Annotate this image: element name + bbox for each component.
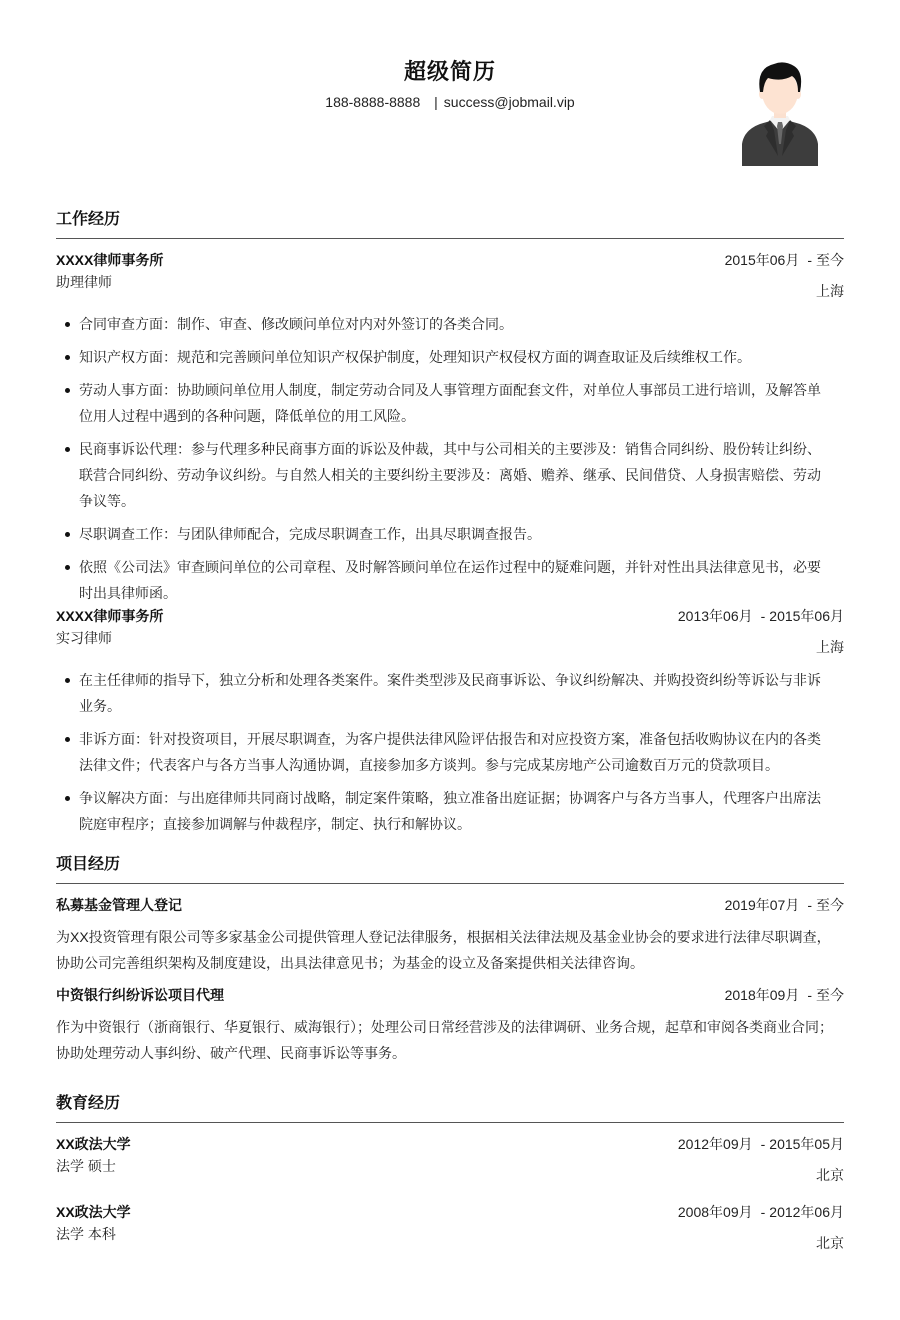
work-entry: XXXX律师事务所 2013年06月-2015年06月 实习律师 上海 在主任律…: [56, 605, 844, 837]
date-range: 2013年06月-2015年06月: [678, 605, 844, 627]
end-date: 至今: [816, 987, 844, 1003]
end-date: 2012年06月: [769, 1204, 844, 1220]
resume-header: 超级简历 188-8888-8888 |success@jobmail.vip: [0, 0, 900, 200]
list-item: 合同审查方面：制作、审查、修改顾问单位对内对外签订的各类合同。: [56, 311, 844, 337]
bullet-icon: [65, 322, 70, 327]
person-avatar-icon: [738, 58, 822, 168]
list-item: 非诉方面：针对投资项目，开展尽职调查，为客户提供法律风险评估报告和对应投资方案，…: [56, 726, 844, 778]
date-dash: -: [761, 1136, 766, 1152]
date-range: 2015年06月-至今: [725, 249, 844, 271]
list-item-text: 依照《公司法》审查顾问单位的公司章程、及时解答顾问单位在运作过程中的疑难问题，并…: [79, 559, 821, 601]
list-item: 在主任律师的指导下，独立分析和处理各类案件。案件类型涉及民商事诉讼、争议纠纷解决…: [56, 667, 844, 719]
section-divider: [56, 1122, 844, 1123]
end-date: 2015年06月: [769, 608, 844, 624]
location: 上海: [816, 636, 844, 658]
job-title: 助理律师: [56, 271, 112, 311]
school-name: XX政法大学: [56, 1201, 131, 1223]
date-dash: -: [761, 608, 766, 624]
list-item-text: 尽职调查工作：与团队律师配合，完成尽职调查工作，出具尽职调查报告。: [79, 526, 541, 542]
end-date: 至今: [816, 252, 844, 268]
phone-number: 188-8888-8888: [325, 94, 420, 110]
education-entry: XX政法大学 2008年09月-2012年06月 法学 本科 北京: [56, 1201, 844, 1263]
bullet-icon: [65, 796, 70, 801]
start-date: 2018年09月: [725, 987, 800, 1003]
date-dash: -: [807, 897, 812, 913]
project-entry: 中资银行纠纷诉讼项目代理 2018年09月-至今 作为中资银行（浙商银行、华夏银…: [56, 984, 844, 1066]
list-item: 争议解决方面：与出庭律师共同商讨战略，制定案件策略，独立准备出庭证据；协调客户与…: [56, 785, 844, 837]
project-name: 中资银行纠纷诉讼项目代理: [56, 984, 224, 1006]
date-range: 2018年09月-至今: [725, 984, 844, 1006]
date-dash: -: [807, 987, 812, 1003]
bullet-icon: [65, 532, 70, 537]
employer-name: XXXX律师事务所: [56, 605, 163, 627]
location: 上海: [816, 280, 844, 302]
project-description: 为XX投资管理有限公司等多家基金公司提供管理人登记法律服务，根据相关法律法规及基…: [56, 924, 844, 976]
list-item: 劳动人事方面：协助顾问单位用人制度，制定劳动合同及人事管理方面配套文件，对单位人…: [56, 377, 844, 429]
start-date: 2019年07月: [725, 897, 800, 913]
contact-separator: |: [434, 94, 438, 110]
section-title-projects: 项目经历: [56, 852, 844, 878]
project-description: 作为中资银行（浙商银行、华夏银行、威海银行）；处理公司日常经营涉及的法律调研、业…: [56, 1014, 844, 1066]
project-experience-section: 项目经历 私募基金管理人登记 2019年07月-至今 为XX投资管理有限公司等多…: [56, 852, 844, 1066]
list-item-text: 民商事诉讼代理：参与代理多种民商事方面的诉讼及仲裁，其中与公司相关的主要涉及：销…: [79, 441, 821, 509]
date-dash: -: [807, 252, 812, 268]
employer-name: XXXX律师事务所: [56, 249, 163, 271]
list-item: 民商事诉讼代理：参与代理多种民商事方面的诉讼及仲裁，其中与公司相关的主要涉及：销…: [56, 436, 844, 514]
date-dash: -: [761, 1204, 766, 1220]
location: 北京: [816, 1164, 844, 1186]
list-item-text: 在主任律师的指导下，独立分析和处理各类案件。案件类型涉及民商事诉讼、争议纠纷解决…: [79, 672, 821, 714]
date-range: 2008年09月-2012年06月: [678, 1201, 844, 1223]
degree: 法学 本科: [56, 1223, 116, 1263]
email-address: success@jobmail.vip: [444, 94, 575, 110]
bullet-icon: [65, 565, 70, 570]
date-range: 2012年09月-2015年05月: [678, 1133, 844, 1155]
list-item: 尽职调查工作：与团队律师配合，完成尽职调查工作，出具尽职调查报告。: [56, 521, 844, 547]
bullet-icon: [65, 388, 70, 393]
bullet-icon: [65, 447, 70, 452]
job-title: 实习律师: [56, 627, 112, 667]
bullet-icon: [65, 737, 70, 742]
degree: 法学 硕士: [56, 1155, 116, 1195]
list-item-text: 知识产权方面：规范和完善顾问单位知识产权保护制度，处理知识产权侵权方面的调查取证…: [79, 349, 751, 365]
section-divider: [56, 883, 844, 884]
education-entry: XX政法大学 2012年09月-2015年05月 法学 硕士 北京: [56, 1133, 844, 1195]
education-section: 教育经历 XX政法大学 2012年09月-2015年05月 法学 硕士 北京 X…: [56, 1091, 844, 1263]
list-item: 依照《公司法》审查顾问单位的公司章程、及时解答顾问单位在运作过程中的疑难问题，并…: [56, 554, 844, 606]
section-divider: [56, 238, 844, 239]
school-name: XX政法大学: [56, 1133, 131, 1155]
section-title-work: 工作经历: [56, 207, 844, 233]
list-item-text: 合同审查方面：制作、审查、修改顾问单位对内对外签订的各类合同。: [79, 316, 513, 332]
start-date: 2013年06月: [678, 608, 753, 624]
location: 北京: [816, 1232, 844, 1254]
date-range: 2019年07月-至今: [725, 894, 844, 916]
resume-page: 超级简历 188-8888-8888 |success@jobmail.vip: [0, 0, 900, 1320]
section-title-education: 教育经历: [56, 1091, 844, 1117]
start-date: 2015年06月: [725, 252, 800, 268]
start-date: 2008年09月: [678, 1204, 753, 1220]
list-item-text: 劳动人事方面：协助顾问单位用人制度，制定劳动合同及人事管理方面配套文件，对单位人…: [79, 382, 821, 424]
work-experience-section: 工作经历 XXXX律师事务所 2015年06月-至今 助理律师 上海 合同审查方…: [56, 207, 844, 844]
bullet-icon: [65, 355, 70, 360]
list-item-text: 非诉方面：针对投资项目，开展尽职调查，为客户提供法律风险评估报告和对应投资方案，…: [79, 731, 821, 773]
project-name: 私募基金管理人登记: [56, 894, 182, 916]
end-date: 至今: [816, 897, 844, 913]
work-entry: XXXX律师事务所 2015年06月-至今 助理律师 上海 合同审查方面：制作、…: [56, 249, 844, 606]
responsibility-list: 合同审查方面：制作、审查、修改顾问单位对内对外签订的各类合同。 知识产权方面：规…: [56, 311, 844, 606]
end-date: 2015年05月: [769, 1136, 844, 1152]
project-entry: 私募基金管理人登记 2019年07月-至今 为XX投资管理有限公司等多家基金公司…: [56, 894, 844, 976]
list-item-text: 争议解决方面：与出庭律师共同商讨战略，制定案件策略，独立准备出庭证据；协调客户与…: [79, 790, 821, 832]
bullet-icon: [65, 678, 70, 683]
responsibility-list: 在主任律师的指导下，独立分析和处理各类案件。案件类型涉及民商事诉讼、争议纠纷解决…: [56, 667, 844, 837]
start-date: 2012年09月: [678, 1136, 753, 1152]
list-item: 知识产权方面：规范和完善顾问单位知识产权保护制度，处理知识产权侵权方面的调查取证…: [56, 344, 844, 370]
